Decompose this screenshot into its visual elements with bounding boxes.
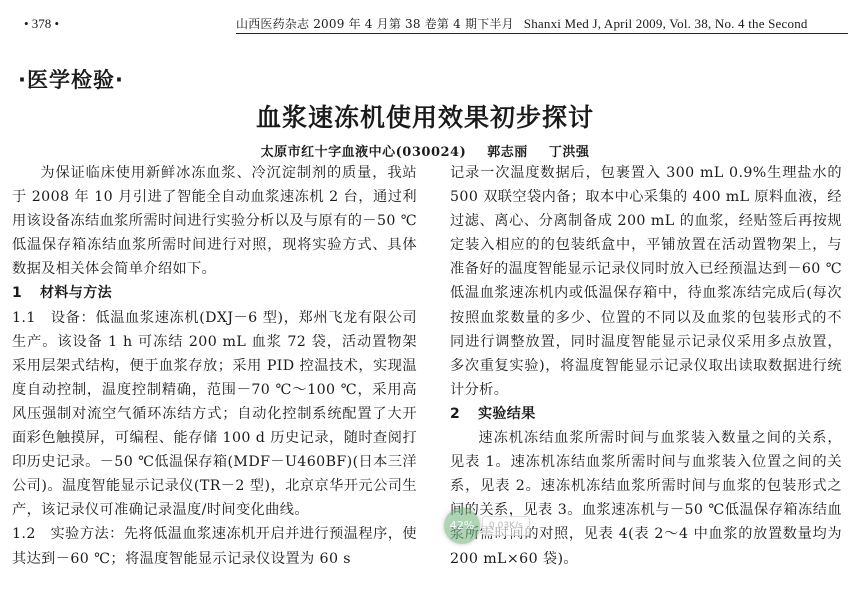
article-title: 血浆速冻机使用效果初步探讨 bbox=[0, 98, 850, 134]
page-number: • 378 • bbox=[24, 16, 59, 32]
author-name: 郭志丽 bbox=[487, 145, 528, 160]
running-head: 山西医药杂志 2009 年 4 月第 38 卷第 4 期下半月Shanxi Me… bbox=[236, 15, 848, 34]
affiliation: 太原市红十字血液中心(030024) bbox=[261, 145, 467, 160]
page-header: • 378 • 山西医药杂志 2009 年 4 月第 38 卷第 4 期下半月S… bbox=[0, 0, 850, 32]
paragraph-1-2-continued: 记录一次温度数据后，包裹置入 300 mL 0.9%生理盐水的 500 双联空袋… bbox=[450, 161, 842, 402]
speed-label: 0.03K/s bbox=[482, 516, 530, 536]
paragraph-1-2: 1.2 实验方法：先将低温血浆速冻机开启并进行预温程序，使其达到－60 ℃；将温… bbox=[12, 522, 417, 570]
heading-number: 1 bbox=[12, 281, 40, 305]
journal-title-cn: 山西医药杂志 2009 年 4 月第 38 卷第 4 期下半月 bbox=[236, 17, 514, 31]
section-heading-2: 2实验结果 bbox=[450, 402, 842, 426]
progress-percent-badge[interactable]: 42% bbox=[444, 508, 480, 544]
intro-paragraph: 为保证临床使用新鲜冰冻血浆、冷沉淀制剂的质量，我站于 2008 年 10 月引进… bbox=[12, 161, 417, 281]
network-speed-widget[interactable]: 42% 0.03K/s bbox=[444, 508, 594, 546]
journal-title-en: Shanxi Med J, April 2009, Vol. 38, No. 4… bbox=[524, 16, 808, 31]
left-column: 为保证临床使用新鲜冰冻血浆、冷沉淀制剂的质量，我站于 2008 年 10 月引进… bbox=[12, 161, 417, 571]
author-name: 丁洪强 bbox=[549, 145, 590, 160]
author-line: 太原市红十字血液中心(030024) 郭志丽 丁洪强 bbox=[0, 141, 850, 160]
paragraph-1-1: 1.1 设备：低温血浆速冻机(DXJ－6 型)，郑州飞龙有限公司生产。该设备 1… bbox=[12, 306, 417, 523]
heading-number: 2 bbox=[450, 402, 478, 426]
heading-text: 实验结果 bbox=[478, 406, 536, 422]
section-tag: ·医学检验· bbox=[18, 64, 124, 94]
results-paragraph: 速冻机冻结血浆所需时间与血浆装入数量之间的关系，见表 1。速冻机冻结血浆所需时间… bbox=[450, 426, 842, 571]
section-heading-1: 1材料与方法 bbox=[12, 281, 417, 305]
heading-text: 材料与方法 bbox=[40, 285, 112, 301]
